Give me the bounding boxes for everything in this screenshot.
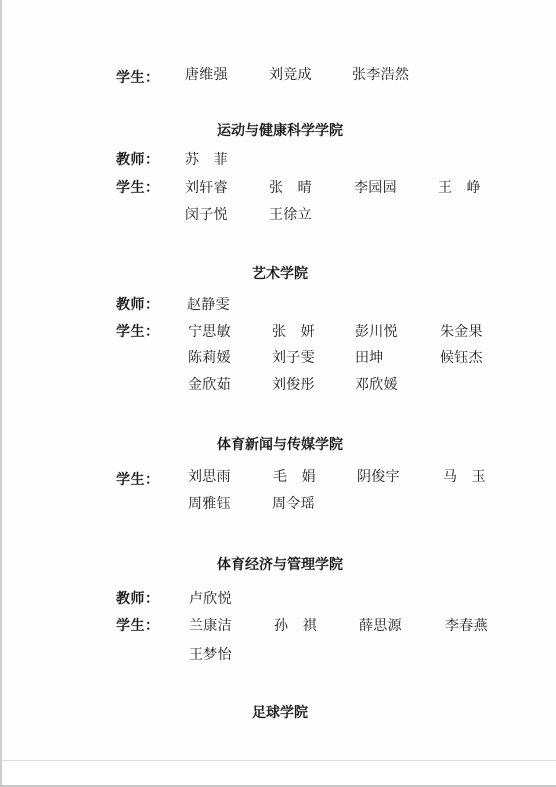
student-name: 田坤 <box>355 348 384 368</box>
student-name: 金欣茹 <box>188 375 231 395</box>
section-title: 艺术学院 <box>2 263 556 283</box>
student-name: 薛思源 <box>359 616 402 636</box>
student-name: 闵子悦 <box>185 205 228 225</box>
student-name: 朱金果 <box>440 322 483 342</box>
section-title: 足球学院 <box>2 702 556 722</box>
student-name: 李园园 <box>354 178 397 198</box>
student-name: 唐维强 <box>185 65 228 85</box>
student-name: 刘子雯 <box>272 348 315 368</box>
student-name: 孙 祺 <box>274 616 317 636</box>
student-label: 学生： <box>116 68 160 88</box>
student-name: 王 峥 <box>438 178 481 198</box>
student-name: 周雅钰 <box>188 494 231 514</box>
student-name: 刘竞成 <box>269 65 312 85</box>
student-name: 李春燕 <box>445 616 488 636</box>
student-label: 学生： <box>116 470 160 490</box>
student-name: 邓欣媛 <box>355 375 398 395</box>
student-name: 张 妍 <box>272 322 315 342</box>
section-title: 体育经济与管理学院 <box>2 554 556 574</box>
section-title: 体育新闻与传媒学院 <box>2 434 556 454</box>
student-label: 学生： <box>116 616 160 636</box>
teacher-label: 教师： <box>116 589 160 609</box>
student-name: 兰康洁 <box>189 616 232 636</box>
student-name: 王梦怡 <box>189 645 232 665</box>
student-name: 阴俊宇 <box>357 467 400 487</box>
teacher-label: 教师： <box>116 295 160 315</box>
student-name: 毛 娟 <box>273 467 316 487</box>
teacher-name: 赵静雯 <box>187 295 230 315</box>
student-name: 候钰杰 <box>440 348 483 368</box>
student-name: 张李浩然 <box>352 65 409 85</box>
student-label: 学生： <box>116 178 160 198</box>
document-page: 学生： 唐维强 刘竞成 张李浩然 运动与健康科学学院 教师： 苏 菲 学生： 刘… <box>2 0 556 761</box>
student-name: 王徐立 <box>269 205 312 225</box>
student-label: 学生： <box>116 322 160 342</box>
student-name: 宁思敏 <box>188 322 231 342</box>
section-title: 运动与健康科学学院 <box>2 120 556 140</box>
student-name: 刘俊彤 <box>272 375 315 395</box>
student-name: 陈莉媛 <box>188 348 231 368</box>
student-name: 周令瑶 <box>272 494 315 514</box>
teacher-name: 苏 菲 <box>185 150 228 170</box>
student-name: 刘思雨 <box>188 467 231 487</box>
student-name: 张 晴 <box>269 178 312 198</box>
student-name: 刘轩睿 <box>185 178 228 198</box>
teacher-label: 教师： <box>116 150 160 170</box>
student-name: 彭川悦 <box>355 322 398 342</box>
teacher-name: 卢欣悦 <box>189 589 232 609</box>
student-name: 马 玉 <box>443 467 486 487</box>
